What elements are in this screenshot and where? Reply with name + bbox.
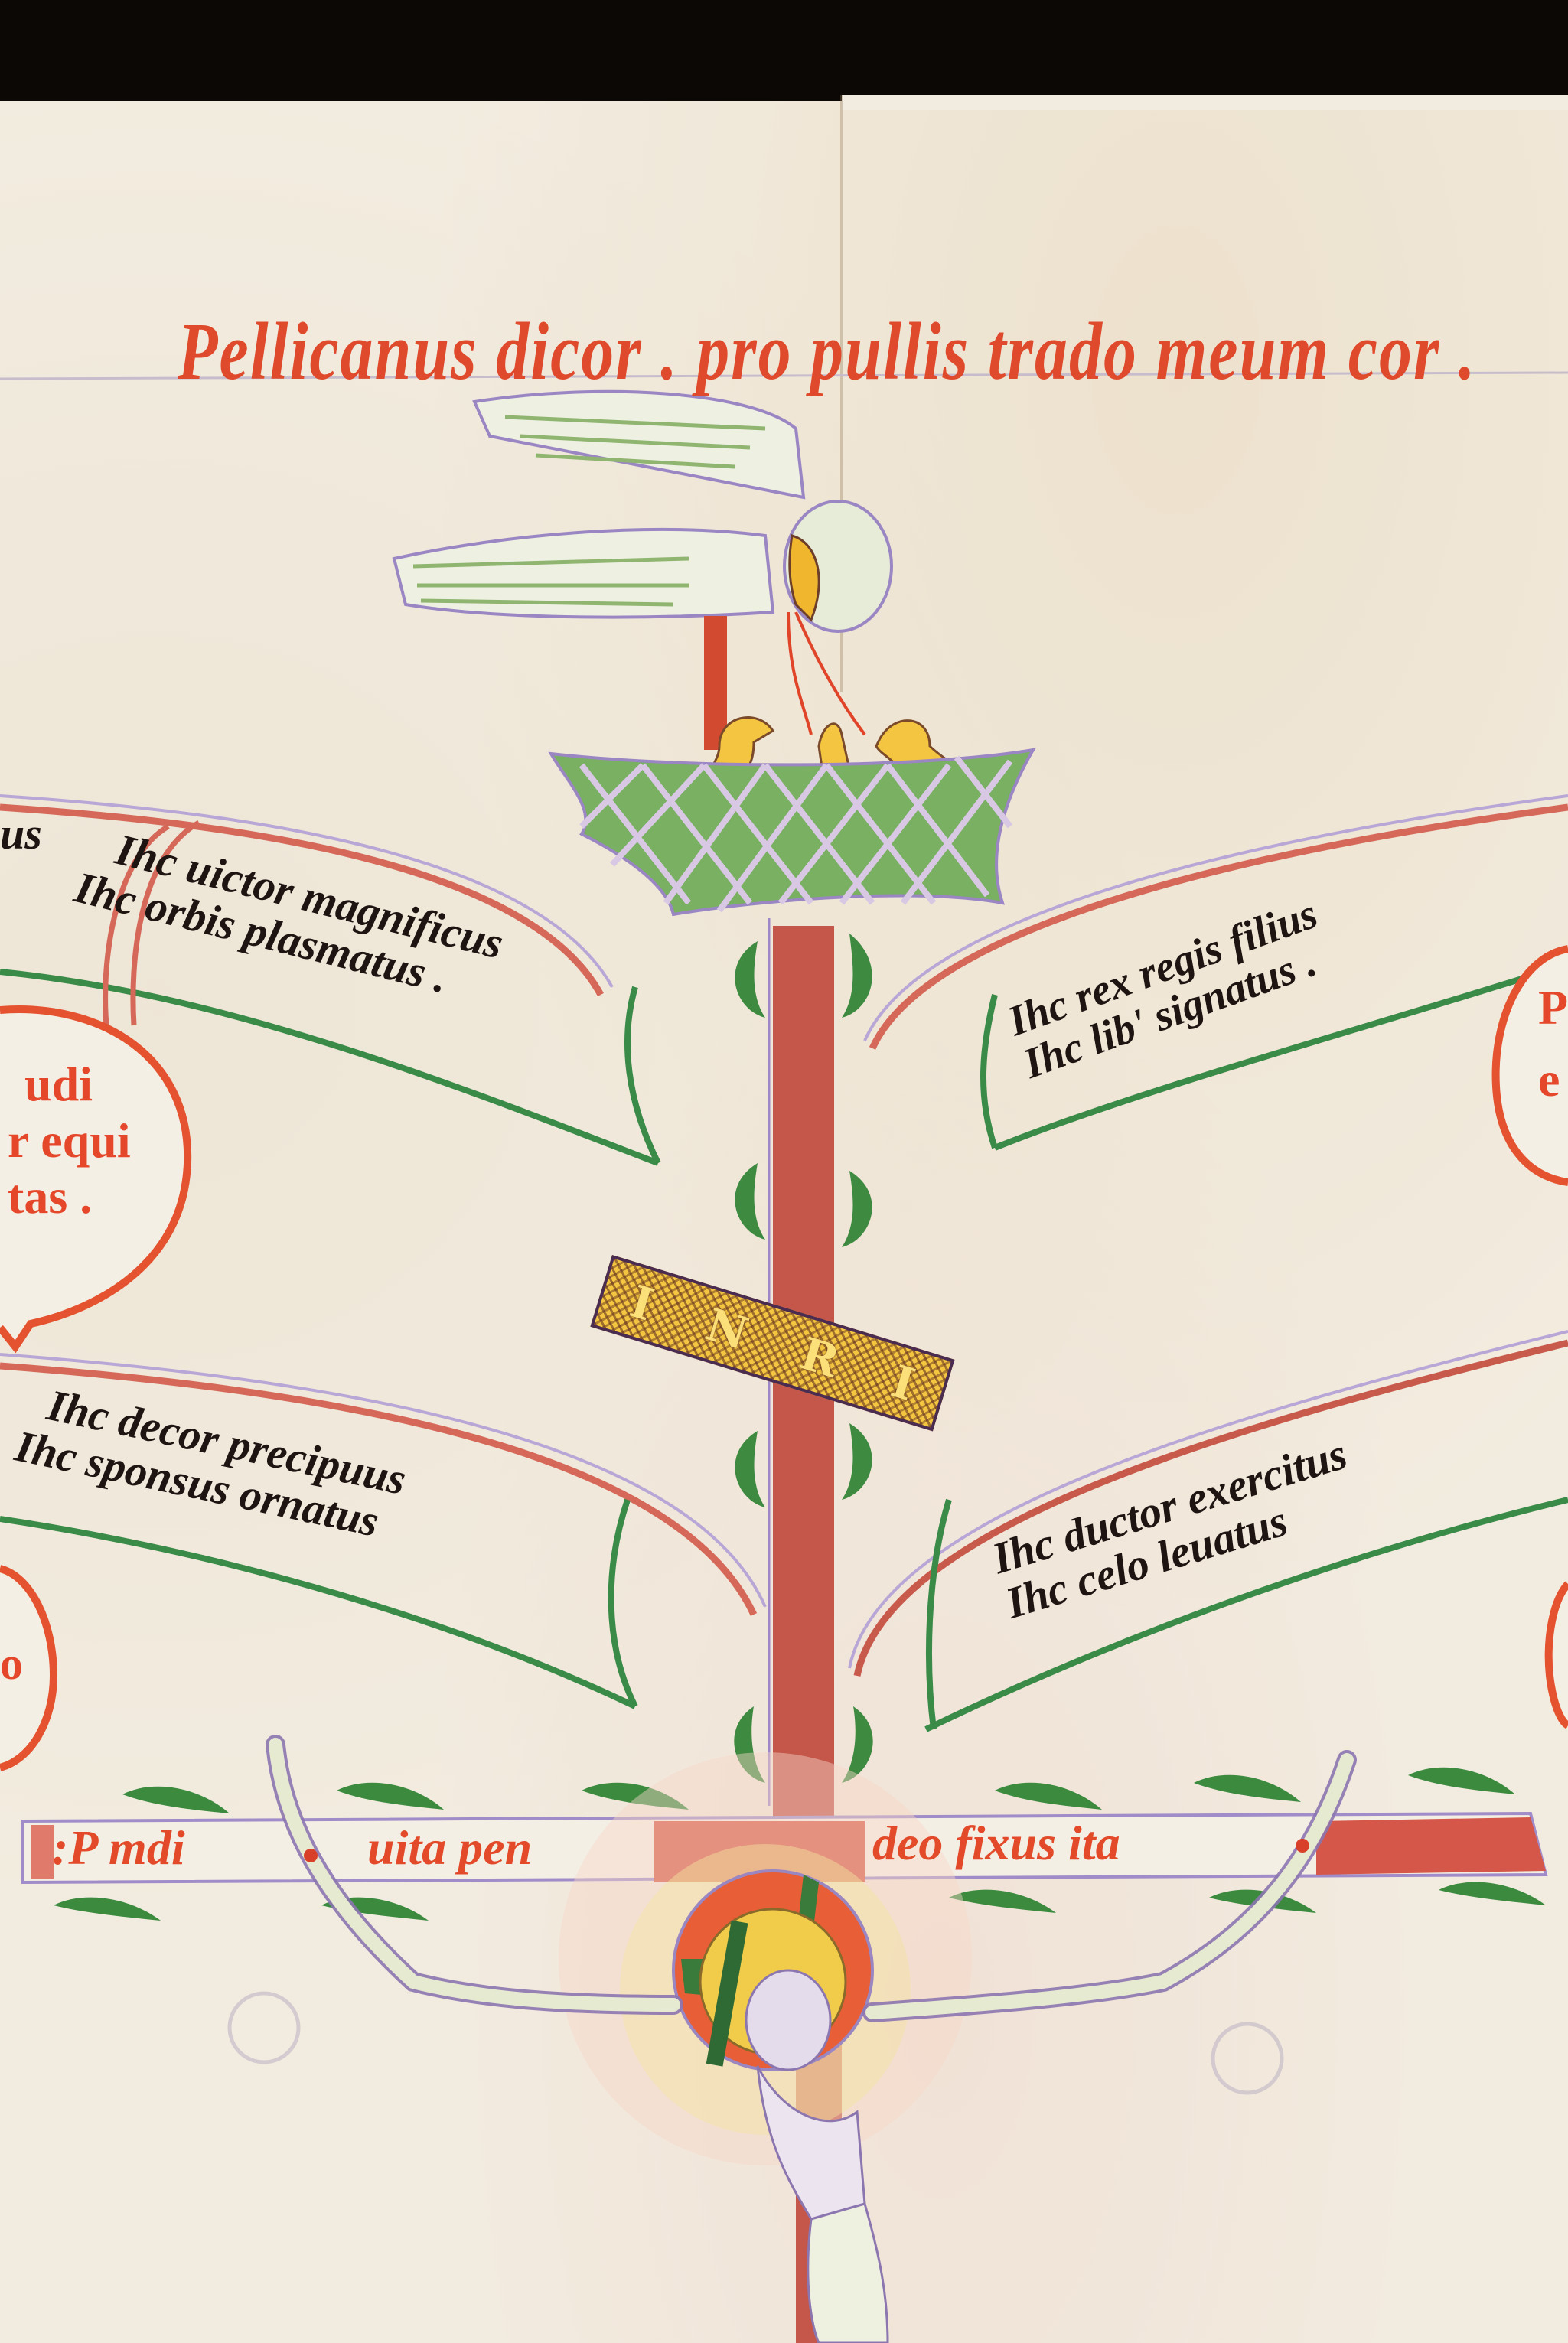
branch-text-partial-edge: us (0, 811, 42, 858)
crossbar-text-middle-left: uita pen (367, 1820, 532, 1876)
titulus-letter: N (700, 1299, 755, 1361)
medallion-lower-right (1549, 1584, 1568, 1725)
manuscript-page: Pellicanus dicor . pro pullis trado meum… (0, 0, 1568, 2343)
medallion-text-lower-left: o (0, 1637, 23, 1690)
rubric-heading: Pellicanus dicor . pro pullis trado meum… (178, 303, 1463, 399)
medallion-text-left: udi r equi tas . (8, 1056, 131, 1225)
medallion-line: tas . (8, 1168, 131, 1225)
pelican-figure (394, 392, 892, 750)
titulus-letter: I (624, 1276, 660, 1331)
titulus-letter: R (794, 1328, 845, 1388)
medallion-line: P (1538, 979, 1568, 1036)
medallion-text-right: P e (1538, 979, 1568, 1107)
tree-trunk (773, 926, 834, 1882)
titulus-letter: I (885, 1355, 921, 1411)
medallion-line: e (1538, 1051, 1568, 1108)
crossbar-text-left: :P mdi (52, 1820, 185, 1876)
crossbar-text-middle-right: deo fixus ita (872, 1815, 1120, 1872)
medallion-line: r equi (8, 1113, 131, 1169)
lattice-nest (551, 750, 1033, 914)
medallion-line: udi (24, 1056, 131, 1113)
